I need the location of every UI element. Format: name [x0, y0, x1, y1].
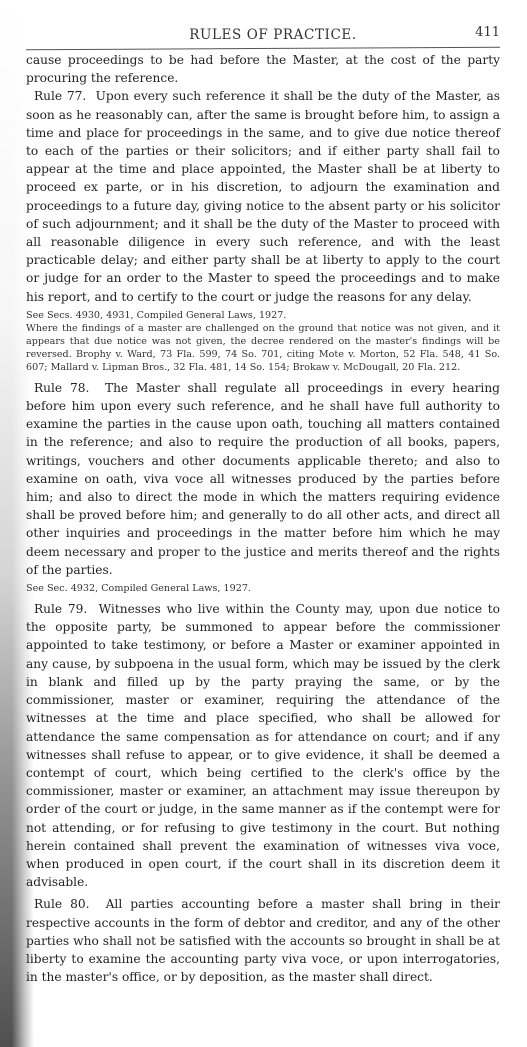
rule-80-text: All parties accounting before a master s…	[26, 897, 500, 984]
rule-78-paragraph: Rule 78. The Master shall regulate all p…	[26, 379, 500, 579]
page-header: RULES OF PRACTICE. 411	[26, 0, 500, 51]
rule-78-label: Rule 78.	[34, 381, 89, 395]
rule-77-paragraph: Rule 77. Upon every such reference it sh…	[26, 87, 500, 305]
rule-78-text: The Master shall regulate all proceeding…	[26, 381, 500, 577]
rule-77-label: Rule 77.	[34, 89, 86, 103]
page-number: 411	[475, 25, 500, 40]
rule-79-paragraph: Rule 79. Witnesses who live within the C…	[26, 600, 500, 891]
rule-77-note-citation: See Secs. 4930, 4931, Compiled General L…	[26, 309, 500, 322]
rule-80-paragraph: Rule 80. All parties accounting before a…	[26, 895, 500, 986]
rule-79-label: Rule 79.	[34, 602, 87, 616]
rule-78-note-citation: See Sec. 4932, Compiled General Laws, 19…	[26, 582, 500, 595]
header-rule	[26, 47, 500, 50]
page-body: cause proceedings to be had before the M…	[26, 51, 500, 986]
rule-78-notes: See Sec. 4932, Compiled General Laws, 19…	[26, 582, 500, 595]
rule-80-label: Rule 80.	[34, 897, 90, 911]
rule-77-notes: See Secs. 4930, 4931, Compiled General L…	[26, 309, 500, 374]
continuation-paragraph: cause proceedings to be had before the M…	[26, 51, 500, 87]
rule-77-text: Upon every such reference it shall be th…	[26, 89, 500, 303]
document-page: RULES OF PRACTICE. 411 cause proceedings…	[26, 0, 500, 986]
running-head: RULES OF PRACTICE.	[26, 27, 500, 43]
rule-77-note-annotation: Where the findings of a master are chall…	[26, 322, 500, 374]
rule-79-text: Witnesses who live within the County may…	[26, 602, 500, 889]
